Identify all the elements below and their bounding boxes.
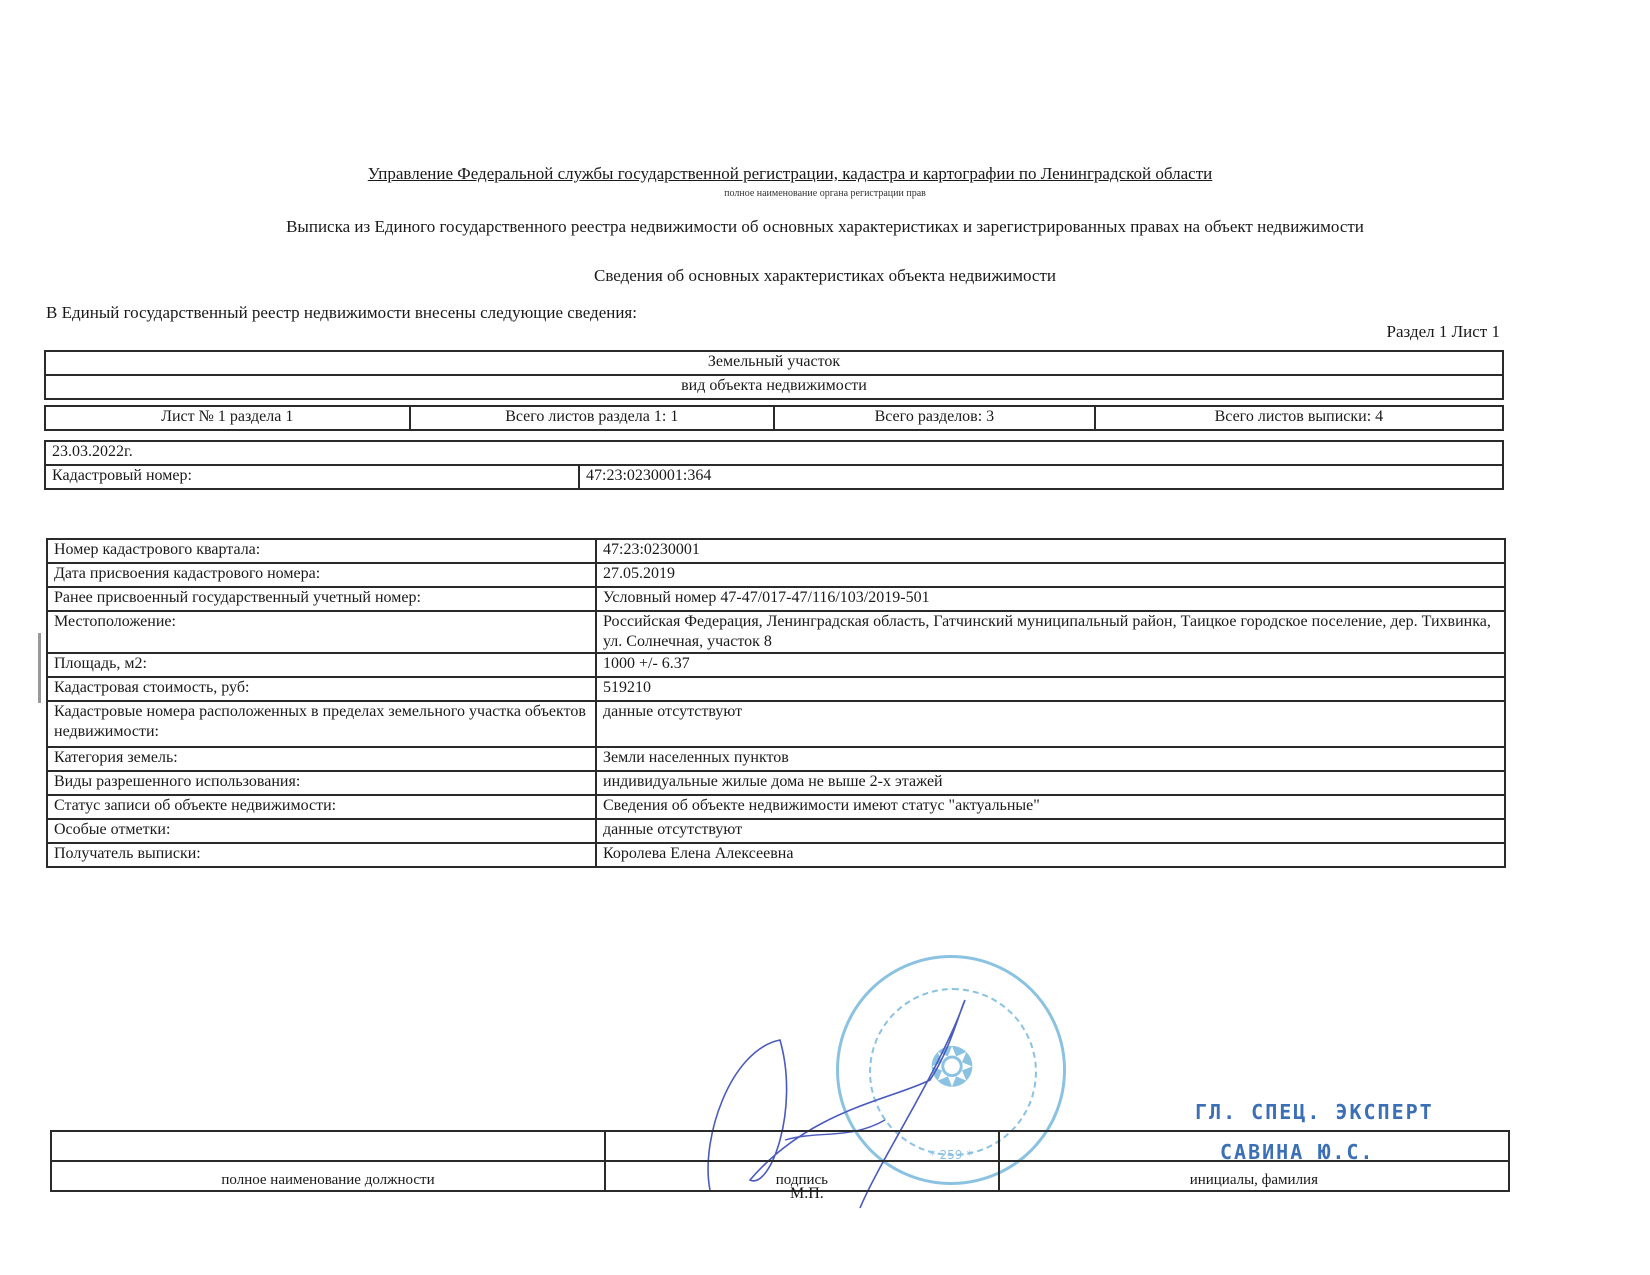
cadastral-number: 47:23:0230001:364: [579, 465, 1503, 489]
field-label: Получатель выписки:: [47, 843, 596, 867]
object-type-caption: вид объекта недвижимости: [45, 375, 1503, 399]
table-row: Ранее присвоенный государственный учетны…: [47, 587, 1505, 611]
field-value: индивидуальные жилые дома не выше 2-х эт…: [596, 771, 1505, 795]
field-label: Дата присвоения кадастрового номера:: [47, 563, 596, 587]
table-row: Получатель выписки:Королева Елена Алексе…: [47, 843, 1505, 867]
signature-table: полное наименование должности подпись ин…: [50, 1130, 1510, 1192]
table-row: Статус записи об объекте недвижимости:Св…: [47, 795, 1505, 819]
table-row: Особые отметки:данные отсутствуют: [47, 819, 1505, 843]
field-value: Королева Елена Алексеевна: [596, 843, 1505, 867]
field-value: Российская Федерация, Ленинградская обла…: [596, 611, 1505, 653]
field-label: Статус записи об объекте недвижимости:: [47, 795, 596, 819]
position-cell: [51, 1131, 605, 1161]
field-value: данные отсутствуют: [596, 819, 1505, 843]
sheet-number: Лист № 1 раздела 1: [45, 406, 410, 430]
field-label: Кадастровые номера расположенных в преде…: [47, 701, 596, 747]
table-row: Кадастровые номера расположенных в преде…: [47, 701, 1505, 747]
record-date: 23.03.2022г.: [45, 441, 1503, 465]
table-row: Площадь, м2:1000 +/- 6.37: [47, 653, 1505, 677]
field-label: Ранее присвоенный государственный учетны…: [47, 587, 596, 611]
table-row: Номер кадастрового квартала:47:23:023000…: [47, 539, 1505, 563]
field-label: Номер кадастрового квартала:: [47, 539, 596, 563]
sheets-table: Лист № 1 раздела 1 Всего листов раздела …: [44, 405, 1504, 431]
table-row: Категория земель:Земли населенных пункто…: [47, 747, 1505, 771]
field-label: Категория земель:: [47, 747, 596, 771]
object-type-table: Земельный участок вид объекта недвижимос…: [44, 350, 1504, 400]
field-label: Виды разрешенного использования:: [47, 771, 596, 795]
field-label: Кадастровая стоимость, руб:: [47, 677, 596, 701]
field-value: 1000 +/- 6.37: [596, 653, 1505, 677]
scan-margin-mark: [38, 633, 41, 703]
object-type: Земельный участок: [45, 351, 1503, 375]
intro-text: В Единый государственный реестр недвижим…: [46, 303, 637, 323]
cadastral-table: 23.03.2022г. Кадастровый номер: 47:23:02…: [44, 440, 1504, 490]
field-value: 47:23:0230001: [596, 539, 1505, 563]
field-label: Особые отметки:: [47, 819, 596, 843]
field-value: Земли населенных пунктов: [596, 747, 1505, 771]
signature-cell: [605, 1131, 999, 1161]
document-title: Выписка из Единого государственного реес…: [0, 217, 1650, 237]
total-sheets: Всего листов выписки: 4: [1095, 406, 1503, 430]
field-value: 519210: [596, 677, 1505, 701]
section-reference: Раздел 1 Лист 1: [1387, 322, 1500, 342]
section-sheets: Всего листов раздела 1: 1: [410, 406, 775, 430]
table-row: Местоположение:Российская Федерация, Лен…: [47, 611, 1505, 653]
field-value: данные отсутствуют: [596, 701, 1505, 747]
characteristics-table: Номер кадастрового квартала:47:23:023000…: [46, 538, 1506, 868]
field-value: Условный номер 47-47/017-47/116/103/2019…: [596, 587, 1505, 611]
organization-title: Управление Федеральной службы государств…: [0, 164, 1650, 184]
table-row: Кадастровая стоимость, руб:519210: [47, 677, 1505, 701]
table-row: Виды разрешенного использования:индивиду…: [47, 771, 1505, 795]
organization-caption: полное наименование органа регистрации п…: [0, 188, 1650, 199]
organization-name: Управление Федеральной службы государств…: [368, 164, 1212, 183]
seal-place-caption: М.П.: [790, 1185, 824, 1203]
cadastral-label: Кадастровый номер:: [45, 465, 579, 489]
table-row: Дата присвоения кадастрового номера:27.0…: [47, 563, 1505, 587]
field-label: Местоположение:: [47, 611, 596, 653]
field-value: 27.05.2019: [596, 563, 1505, 587]
field-value: Сведения об объекте недвижимости имеют с…: [596, 795, 1505, 819]
field-label: Площадь, м2:: [47, 653, 596, 677]
total-sections: Всего разделов: 3: [774, 406, 1095, 430]
name-caption: инициалы, фамилия: [999, 1161, 1509, 1191]
stamped-position-title: ГЛ. СПЕЦ. ЭКСПЕРТ: [1195, 1100, 1434, 1124]
document-subtitle: Сведения об основных характеристиках объ…: [0, 266, 1650, 286]
position-caption: полное наименование должности: [51, 1161, 605, 1191]
name-cell: [999, 1131, 1509, 1161]
